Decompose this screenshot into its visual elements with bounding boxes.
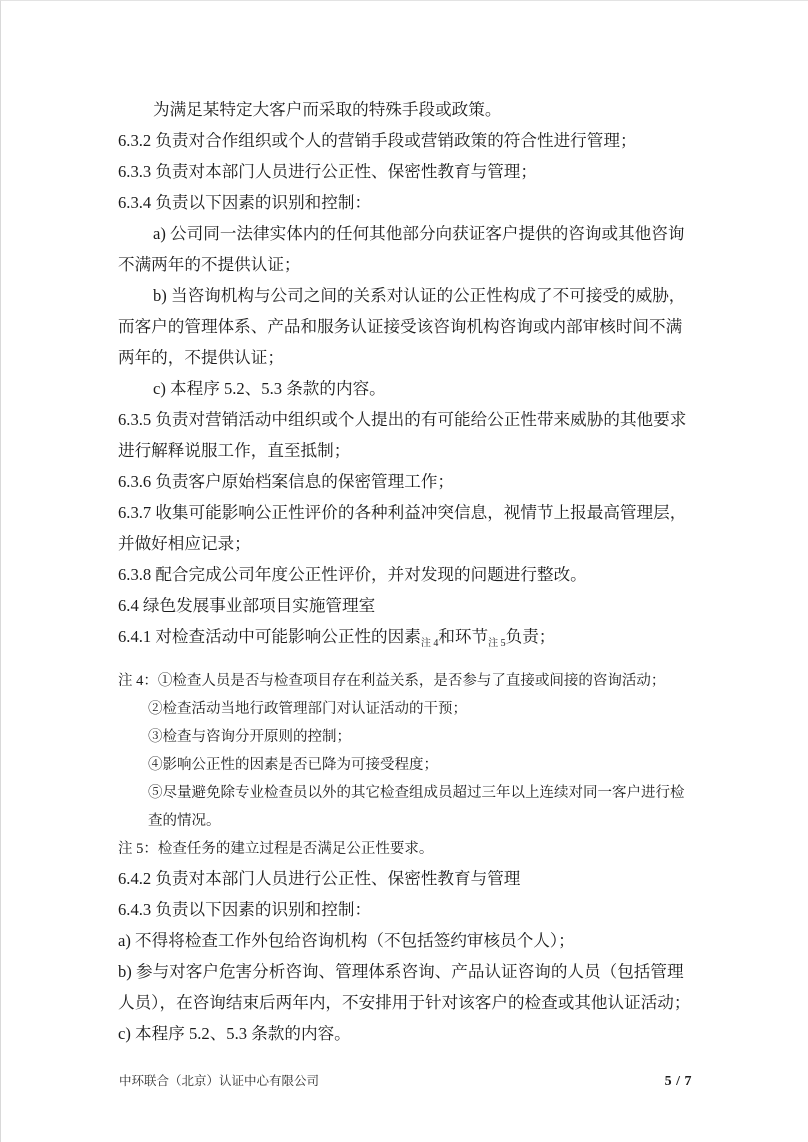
item-6-3-4-c: c) 本程序 5.2、5.3 条款的内容。 <box>118 373 706 404</box>
clause-6-3-3: 6.3.3 负责对本部门人员进行公正性、保密性教育与管理； <box>118 156 706 187</box>
note-4-item-4: ④影响公正性的因素是否已降为可接受程度； <box>148 751 706 779</box>
footer-page-number: 5 / 7 <box>665 1074 692 1090</box>
clause-6-4-1: 6.4.1 对检查活动中可能影响公正性的因素注 4和环节注 5负责； <box>118 621 706 659</box>
paragraph-continuation-631: 为满足某特定大客户而采取的特殊手段或政策。 <box>118 94 706 125</box>
note-reference-4: 注 4 <box>421 638 439 649</box>
page-footer: 中环联合（北京）认证中心有限公司 5 / 7 <box>119 1071 692 1090</box>
clause-6-3-2: 6.3.2 负责对合作组织或个人的营销手段或营销政策的符合性进行管理； <box>118 125 706 156</box>
note-4-item-5: ⑤尽量避免除专业检查员以外的其它检查组成员超过三年以上连续对同一客户进行检 查的… <box>148 779 706 835</box>
footer-company-name: 中环联合（北京）认证中心有限公司 <box>119 1071 319 1089</box>
note-reference-5: 注 5 <box>488 638 506 649</box>
note-4-block: 注 4：①检查人员是否与检查项目存在利益关系，是否参与了直接或间接的咨询活动； … <box>118 667 706 863</box>
note-5-line: 注 5：检查任务的建立过程是否满足公正性要求。 <box>118 835 706 863</box>
clause-6-3-4: 6.3.4 负责以下因素的识别和控制： <box>118 187 706 218</box>
clause-6-4-1-middle: 和环节 <box>438 627 488 646</box>
clause-6-3-8: 6.3.8 配合完成公司年度公正性评价，并对发现的问题进行整改。 <box>118 559 706 590</box>
clause-6-3-7: 6.3.7 收集可能影响公正性评价的各种利益冲突信息，视情节上报最高管理层， 并… <box>118 497 706 559</box>
clause-6-4-1-suffix: 负责； <box>506 627 556 646</box>
note-4-item-2: ②检查活动当地行政管理部门对认证活动的干预； <box>148 695 706 723</box>
note-4-item-3: ③检查与咨询分开原则的控制； <box>148 723 706 751</box>
note-4-line-1: 注 4：①检查人员是否与检查项目存在利益关系，是否参与了直接或间接的咨询活动； <box>118 667 706 695</box>
heading-6-4: 6.4 绿色发展事业部项目实施管理室 <box>118 590 706 621</box>
clause-6-4-2: 6.4.2 负责对本部门人员进行公正性、保密性教育与管理 <box>118 863 706 894</box>
clause-6-3-6: 6.3.6 负责客户原始档案信息的保密管理工作； <box>118 466 706 497</box>
document-page: 为满足某特定大客户而采取的特殊手段或政策。 6.3.2 负责对合作组织或个人的营… <box>0 0 808 1142</box>
item-6-3-4-b: b) 当咨询机构与公司之间的关系对认证的公正性构成了不可接受的威胁， 而客户的管… <box>118 280 706 373</box>
clause-6-4-1-text: 6.4.1 对检查活动中可能影响公正性的因素 <box>118 627 421 646</box>
item-6-4-3-a: a) 不得将检查工作外包给咨询机构（不包括签约审核员个人）； <box>118 925 706 956</box>
document-body: 为满足某特定大客户而采取的特殊手段或政策。 6.3.2 负责对合作组织或个人的营… <box>118 94 706 1049</box>
item-6-4-3-b: b) 参与对客户危害分析咨询、管理体系咨询、产品认证咨询的人员（包括管理 人员）… <box>118 956 706 1018</box>
note-4-item-1: ①检查人员是否与检查项目存在利益关系，是否参与了直接或间接的咨询活动； <box>158 673 666 689</box>
item-6-3-4-a: a) 公司同一法律实体内的任何其他部分向获证客户提供的咨询或其他咨询 不满两年的… <box>118 218 706 280</box>
item-6-4-3-c: c) 本程序 5.2、5.3 条款的内容。 <box>118 1018 706 1049</box>
clause-6-4-3: 6.4.3 负责以下因素的识别和控制： <box>118 894 706 925</box>
note-4-label: 注 4： <box>118 673 158 689</box>
clause-6-3-5: 6.3.5 负责对营销活动中组织或个人提出的有可能给公正性带来威胁的其他要求 进… <box>118 404 706 466</box>
